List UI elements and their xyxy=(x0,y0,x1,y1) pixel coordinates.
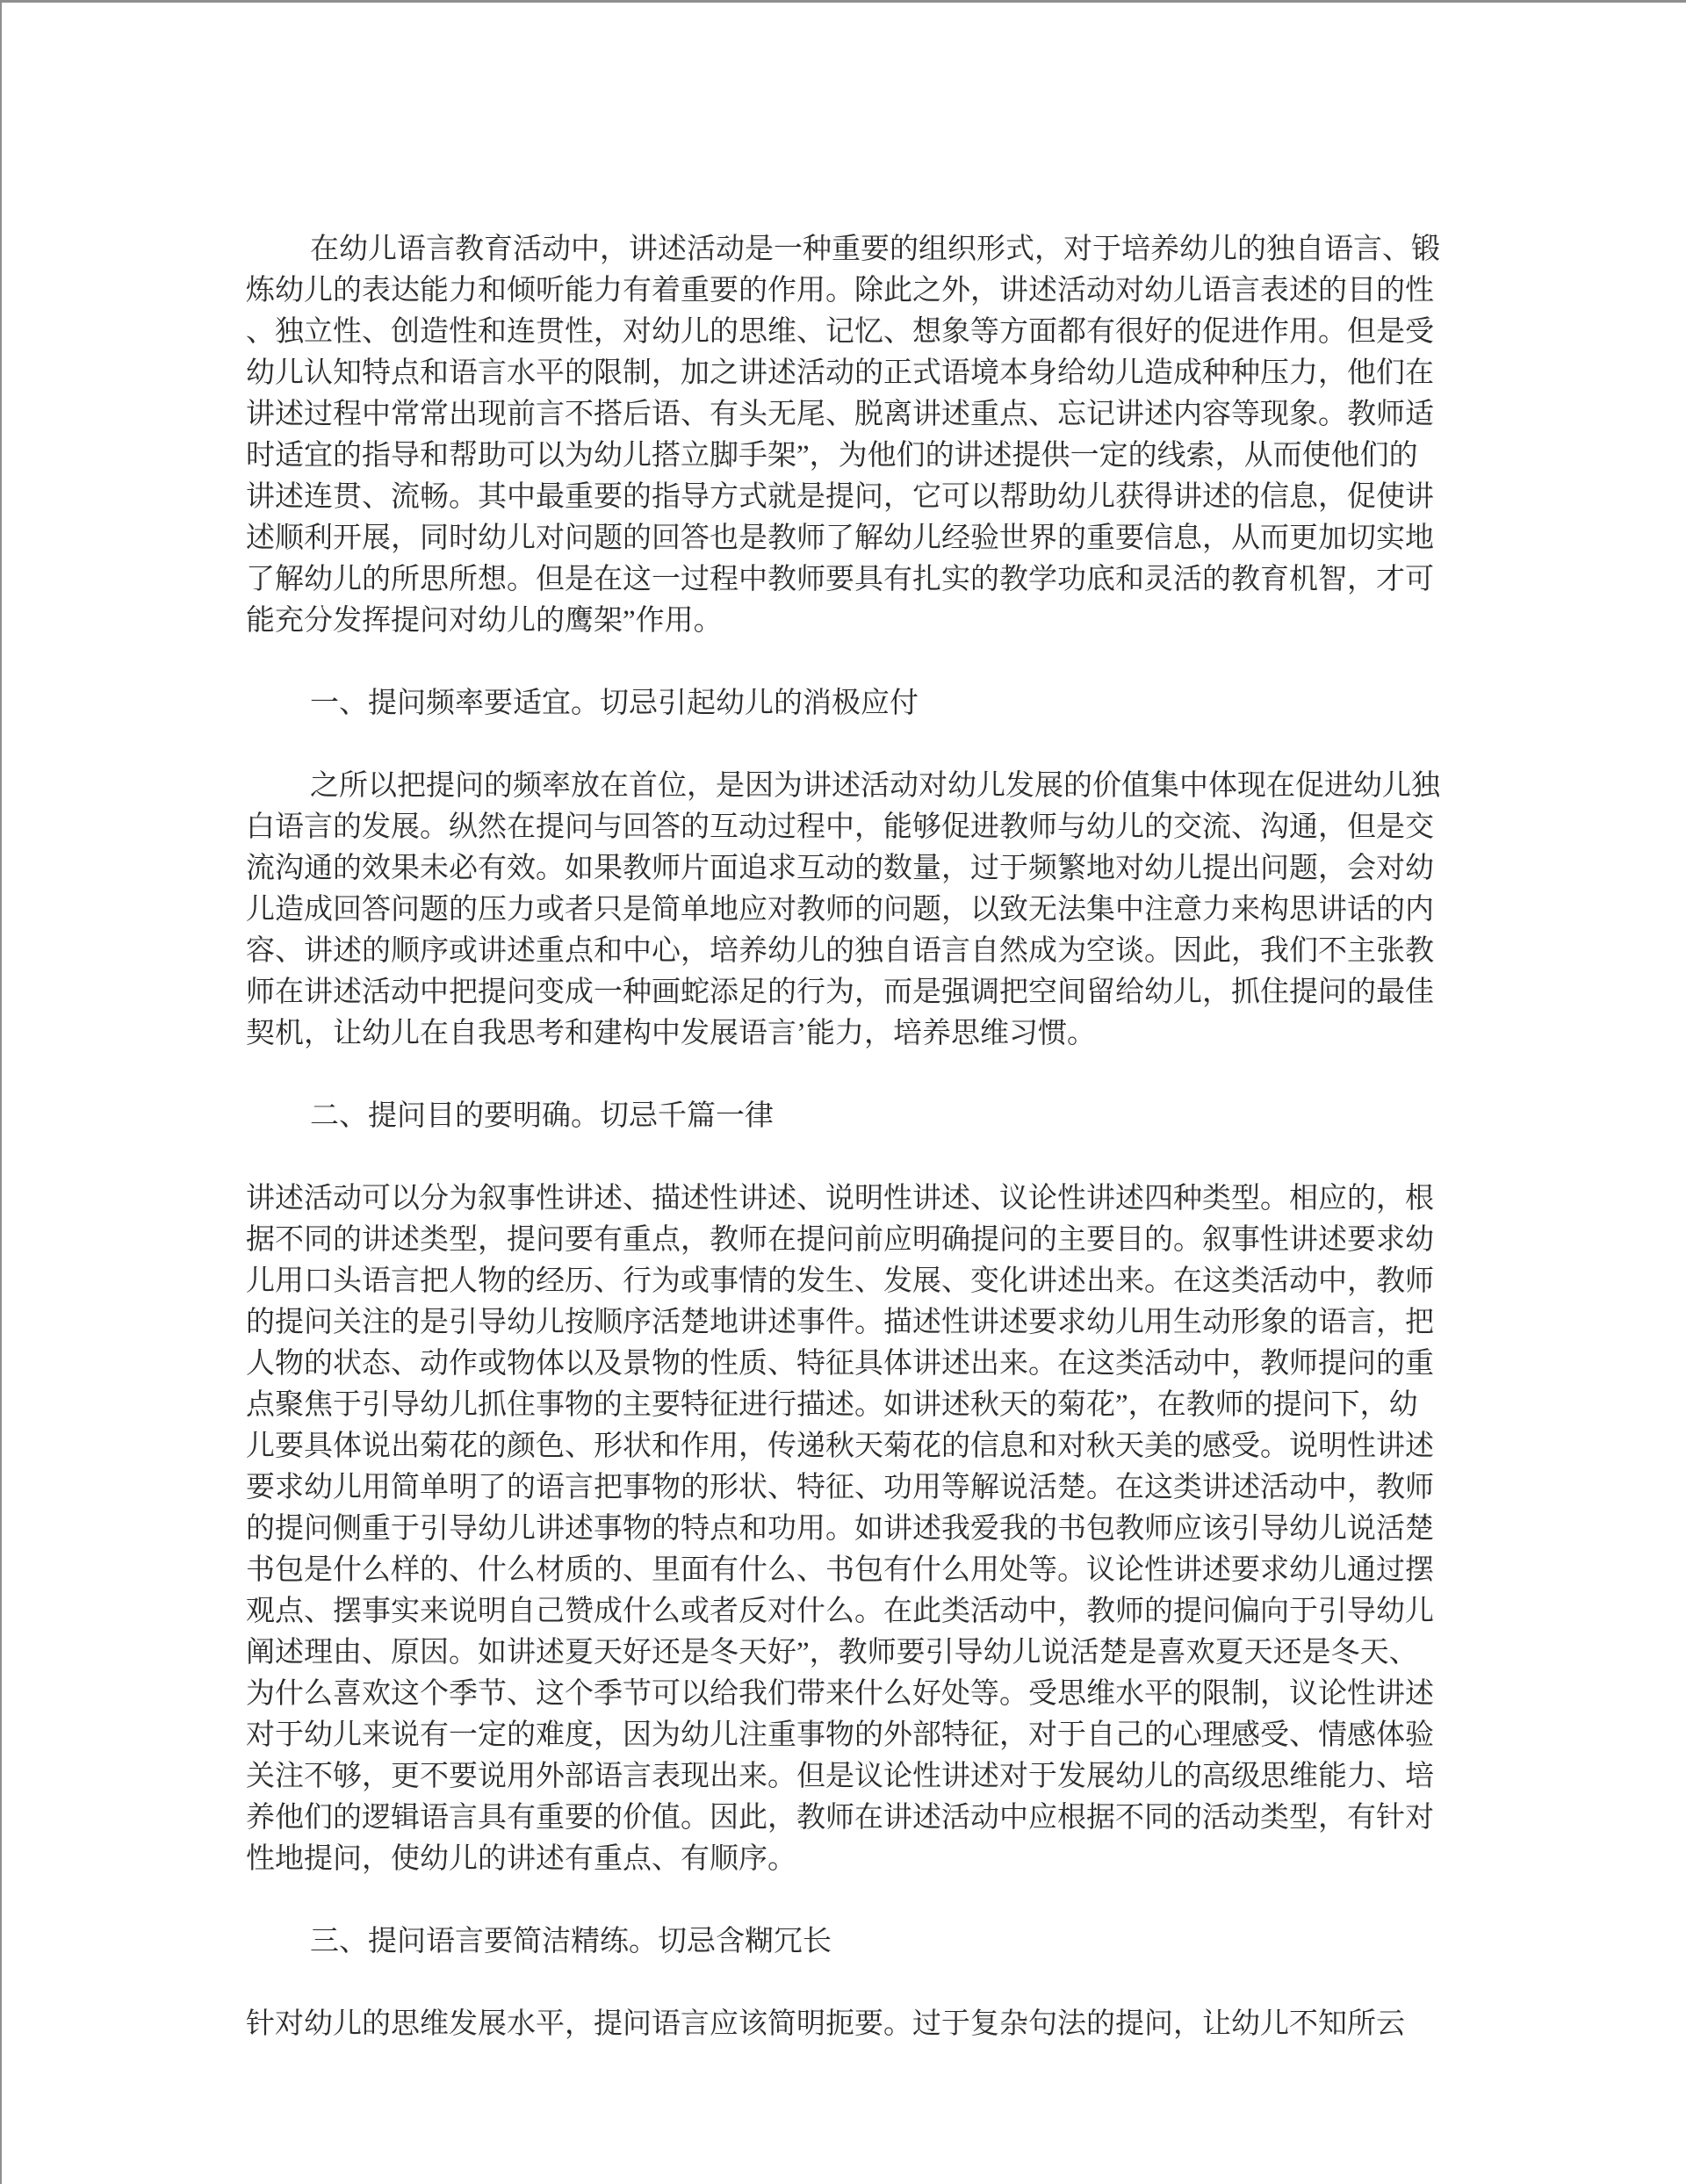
text-line: 流沟通的效果未必有效。如果教师片面追求互动的数量，过于频繁地对幼儿提出问题，会对… xyxy=(246,848,1458,890)
text-line: 人物的状态、动作或物体以及景物的性质、特征具体讲述出来。在这类活动中，教师提问的… xyxy=(246,1344,1458,1385)
text-line: 据不同的讲述类型，提问要有重点，教师在提问前应明确提问的主要目的。叙事性讲述要求… xyxy=(246,1220,1458,1261)
text-line: 关注不够，更不要说用外部语言表现出来。但是议论性讲述对于发展幼儿的高级思维能力、… xyxy=(246,1756,1458,1798)
text-line: 炼幼儿的表达能力和倾听能力有着重要的作用。除此之外，讲述活动对幼儿语言表述的目的… xyxy=(246,270,1458,312)
document-text: 在幼儿语言教育活动中，讲述活动是一种重要的组织形式，对于培养幼儿的独自语言、锻炼… xyxy=(246,229,1458,2045)
text-line: 书包是什么样的、什么材质的、里面有什么、书包有什么用处等。议论性讲述要求幼儿通过… xyxy=(246,1550,1458,1591)
text-line: 在幼儿语言教育活动中，讲述活动是一种重要的组织形式，对于培养幼儿的独自语言、锻 xyxy=(246,229,1458,270)
text-line: 观点、摆事实来说明自己赞成什么或者反对什么。在此类活动中，教师的提问偏向于引导幼… xyxy=(246,1591,1458,1633)
text-line: 述顺利开展，同时幼儿对问题的回答也是教师了解幼儿经验世界的重要信息，从而更加切实… xyxy=(246,518,1458,559)
paragraph: 针对幼儿的思维发展水平，提问语言应该简明扼要。过于复杂句法的提问，让幼儿不知所云 xyxy=(246,2004,1458,2045)
text-line: 、独立性、创造性和连贯性，对幼儿的思维、记忆、想象等方面都有很好的促进作用。但是… xyxy=(246,312,1458,353)
heading-line: 二、提问目的要明确。切忌千篇一律 xyxy=(246,1096,1458,1137)
text-line: 师在讲述活动中把提问变成一种画蛇添足的行为，而是强调把空间留给幼儿，抓住提问的最… xyxy=(246,972,1458,1013)
text-line: 之所以把提问的频率放在首位，是因为讲述活动对幼儿发展的价值集中体现在促进幼儿独 xyxy=(246,766,1458,807)
text-line: 讲述过程中常常出现前言不搭后语、有头无尾、脱离讲述重点、忘记讲述内容等现象。教师… xyxy=(246,394,1458,436)
section-heading: 三、提问语言要简洁精练。切忌含糊冗长 xyxy=(246,1921,1458,1963)
text-line: 时适宜的指导和帮助可以为幼儿搭立脚手架”，为他们的讲述提供一定的线索，从而使他们… xyxy=(246,436,1458,477)
text-line: 的提问关注的是引导幼儿按顺序活楚地讲述事件。描述性讲述要求幼儿用生动形象的语言，… xyxy=(246,1302,1458,1344)
text-line: 容、讲述的顺序或讲述重点和中心，培养幼儿的独自语言自然成为空谈。因此，我们不主张… xyxy=(246,931,1458,972)
text-line: 契机，让幼儿在自我思考和建构中发展语言’能力，培养思维习惯。 xyxy=(246,1013,1458,1055)
section-heading: 二、提问目的要明确。切忌千篇一律 xyxy=(246,1096,1458,1137)
text-line: 幼儿认知特点和语言水平的限制，加之讲述活动的正式语境本身给幼儿造成种种压力，他们… xyxy=(246,353,1458,394)
text-line: 性地提问，使幼儿的讲述有重点、有顺序。 xyxy=(246,1839,1458,1880)
text-line: 为什么喜欢这个季节、这个季节可以给我们带来什么好处等。受思维水平的限制，议论性讲… xyxy=(246,1674,1458,1715)
text-line: 讲述活动可以分为叙事性讲述、描述性讲述、说明性讲述、议论性讲述四种类型。相应的，… xyxy=(246,1178,1458,1220)
text-line: 要求幼儿用简单明了的语言把事物的形状、特征、功用等解说活楚。在这类讲述活动中，教… xyxy=(246,1467,1458,1509)
document-page: 在幼儿语言教育活动中，讲述活动是一种重要的组织形式，对于培养幼儿的独自语言、锻炼… xyxy=(0,0,1686,2184)
heading-line: 三、提问语言要简洁精练。切忌含糊冗长 xyxy=(246,1921,1458,1963)
text-line: 的提问侧重于引导幼儿讲述事物的特点和功用。如讲述我爱我的书包教师应该引导幼儿说活… xyxy=(246,1509,1458,1550)
text-line: 白语言的发展。纵然在提问与回答的互动过程中，能够促进教师与幼儿的交流、沟通，但是… xyxy=(246,807,1458,848)
text-line: 讲述连贯、流畅。其中最重要的指导方式就是提问，它可以帮助幼儿获得讲述的信息，促使… xyxy=(246,477,1458,518)
text-line: 儿用口头语言把人物的经历、行为或事情的发生、发展、变化讲述出来。在这类活动中，教… xyxy=(246,1261,1458,1302)
text-line: 能充分发挥提问对幼儿的鹰架”作用。 xyxy=(246,601,1458,642)
text-line: 对于幼儿来说有一定的难度，因为幼儿注重事物的外部特征，对于自己的心理感受、情感体… xyxy=(246,1715,1458,1756)
paragraph: 在幼儿语言教育活动中，讲述活动是一种重要的组织形式，对于培养幼儿的独自语言、锻炼… xyxy=(246,229,1458,642)
paragraph: 之所以把提问的频率放在首位，是因为讲述活动对幼儿发展的价值集中体现在促进幼儿独白… xyxy=(246,766,1458,1055)
heading-line: 一、提问频率要适宜。切忌引起幼儿的消极应付 xyxy=(246,683,1458,724)
text-line: 儿造成回答问题的压力或者只是简单地应对教师的问题，以致无法集中注意力来构思讲话的… xyxy=(246,890,1458,931)
text-line: 了解幼儿的所思所想。但是在这一过程中教师要具有扎实的教学功底和灵活的教育机智，才… xyxy=(246,559,1458,601)
section-heading: 一、提问频率要适宜。切忌引起幼儿的消极应付 xyxy=(246,683,1458,724)
text-line: 点聚焦于引导幼儿抓住事物的主要特征进行描述。如讲述秋天的菊花”，在教师的提问下，… xyxy=(246,1385,1458,1426)
text-line: 儿要具体说出菊花的颜色、形状和作用，传递秋天菊花的信息和对秋天美的感受。说明性讲… xyxy=(246,1426,1458,1467)
text-line: 养他们的逻辑语言具有重要的价值。因此，教师在讲述活动中应根据不同的活动类型，有针… xyxy=(246,1798,1458,1839)
text-line: 阐述理由、原因。如讲述夏天好还是冬天好”，教师要引导幼儿说活楚是喜欢夏天还是冬天… xyxy=(246,1633,1458,1674)
text-line: 针对幼儿的思维发展水平，提问语言应该简明扼要。过于复杂句法的提问，让幼儿不知所云 xyxy=(246,2004,1458,2045)
paragraph: 讲述活动可以分为叙事性讲述、描述性讲述、说明性讲述、议论性讲述四种类型。相应的，… xyxy=(246,1178,1458,1880)
